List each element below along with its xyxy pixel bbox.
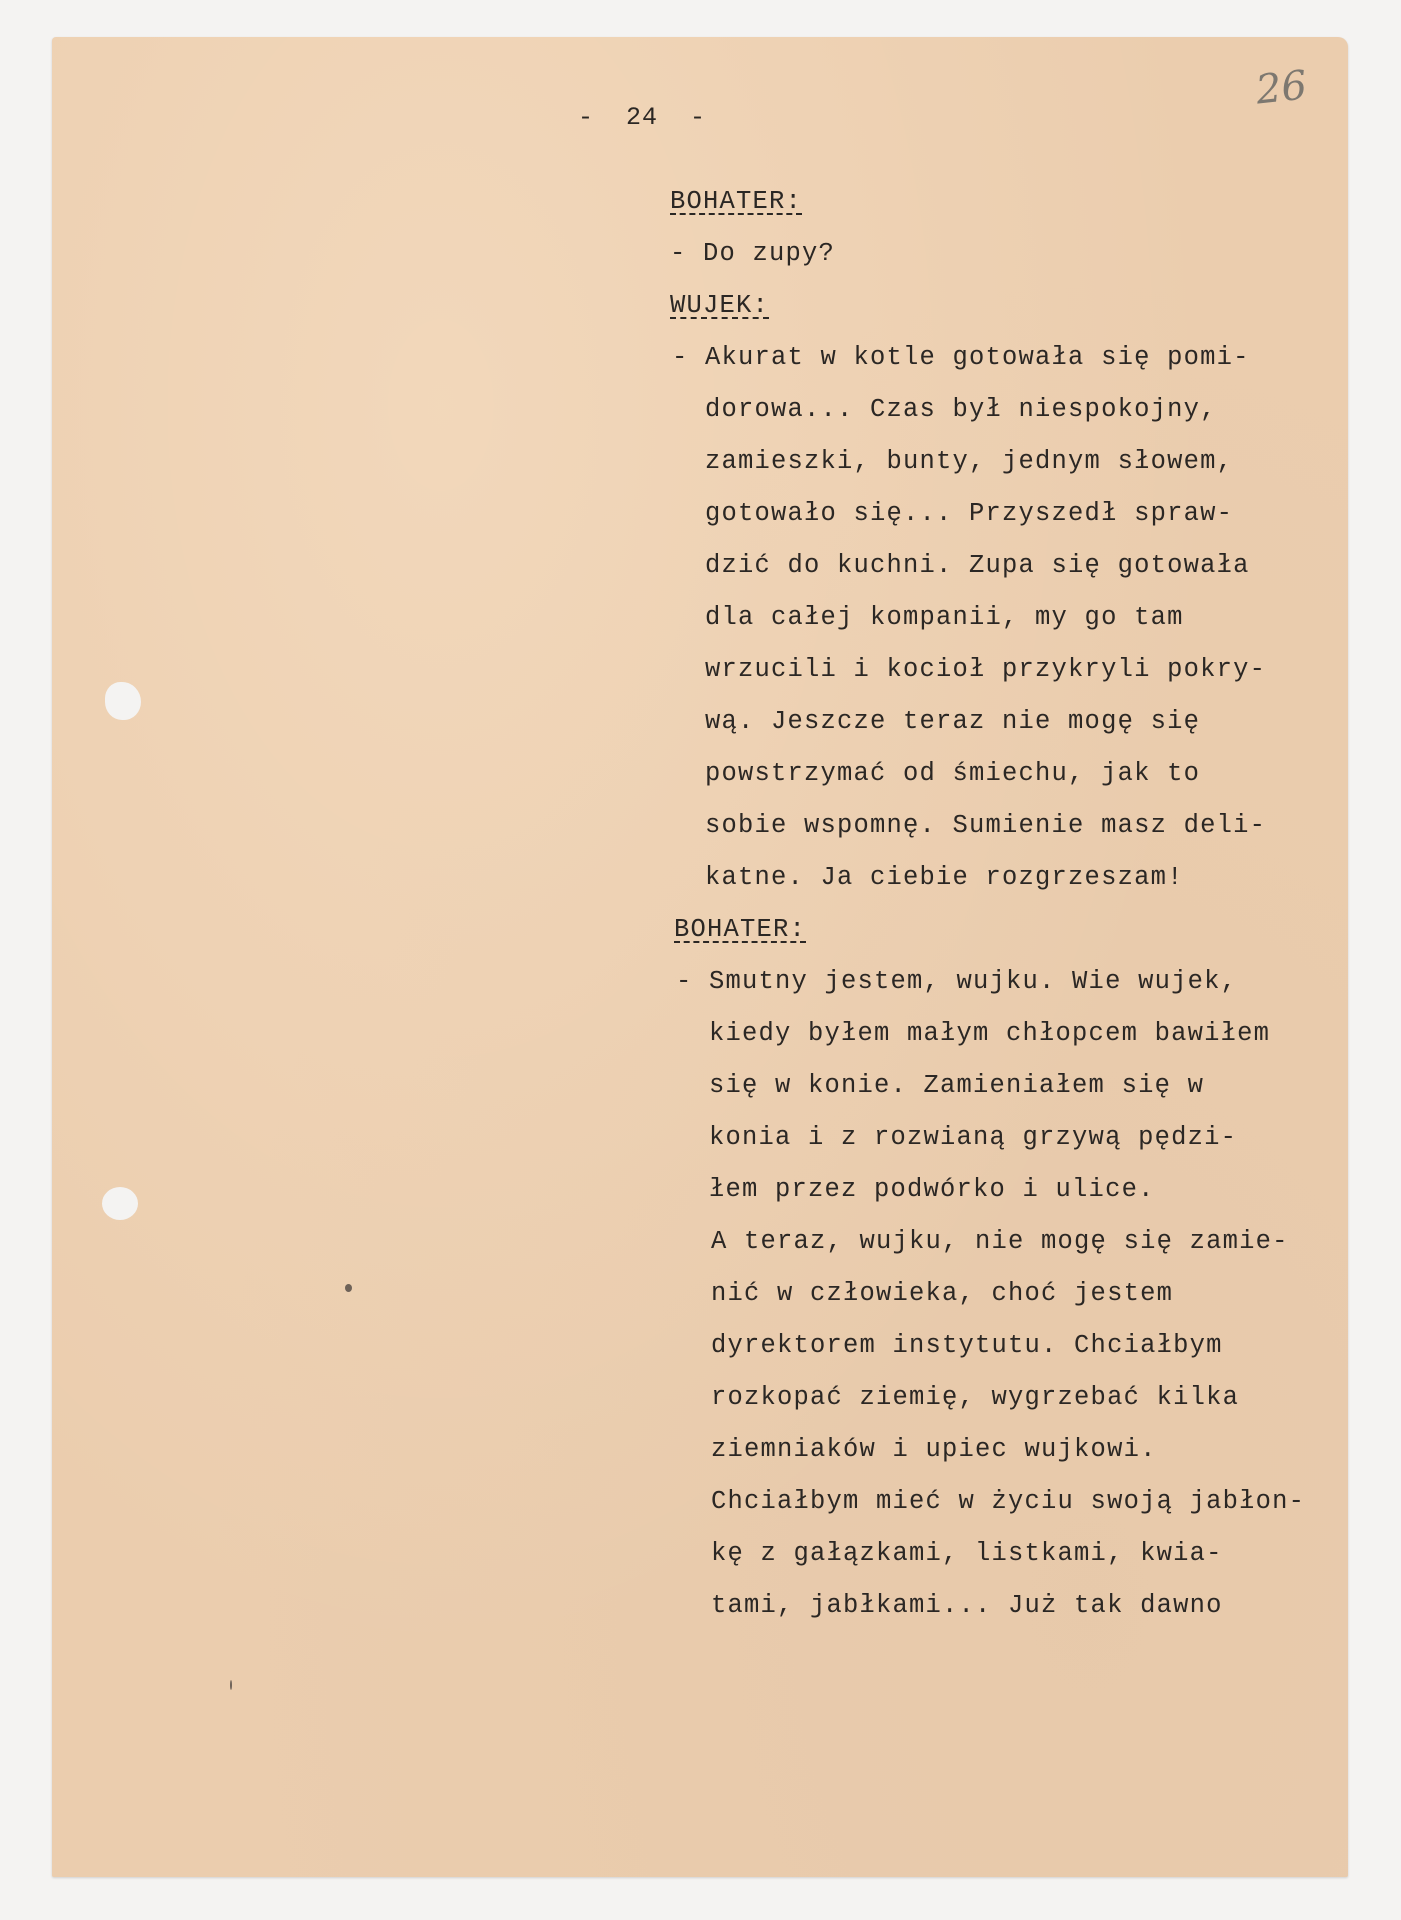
dialogue-line: - Smutny jestem, wujku. Wie wujek, (676, 967, 1237, 997)
typewritten-page: - 24 - 26 BOHATER: - Do zupy? WUJEK: - A… (52, 37, 1348, 1877)
dialogue-line: - Akurat w kotle gotowała się pomi- (672, 343, 1250, 373)
speaker-label: BOHATER: (670, 187, 802, 217)
ink-speck (345, 1284, 352, 1292)
dialogue-line: dzić do kuchni. Zupa się gotowała (672, 551, 1250, 581)
dialogue-line: dla całej kompanii, my go tam (672, 603, 1184, 633)
dialogue-line: katne. Ja ciebie rozgrzeszam! (672, 863, 1184, 893)
dialogue-line: tami, jabłkami... Już tak dawno (678, 1591, 1223, 1621)
punch-hole-bottom (102, 1187, 138, 1220)
dialogue-line: kiedy byłem małym chłopcem bawiłem (676, 1019, 1270, 1049)
page-number: - 24 - (578, 103, 706, 132)
speaker-label: WUJEK: (670, 291, 769, 321)
ink-speck (230, 1680, 232, 1690)
dialogue-line: się w konie. Zamieniałem się w (676, 1071, 1204, 1101)
dialogue-line: - Do zupy? (670, 239, 835, 269)
dialogue-line: łem przez podwórko i ulice. (676, 1175, 1155, 1205)
dialogue-line: dyrektorem instytutu. Chciałbym (678, 1331, 1223, 1361)
dialogue-line: gotowało się... Przyszedł spraw- (672, 499, 1233, 529)
dialogue-line: wą. Jeszcze teraz nie mogę się (672, 707, 1200, 737)
dialogue-line: kę z gałązkami, listkami, kwia- (678, 1539, 1223, 1569)
speaker-label: BOHATER: (674, 915, 806, 945)
dialogue-line: konia i z rozwianą grzywą pędzi- (676, 1123, 1237, 1153)
dialogue-line: nić w człowieka, choć jestem (678, 1279, 1173, 1309)
dialogue-line: powstrzymać od śmiechu, jak to (672, 759, 1200, 789)
dialogue-line: A teraz, wujku, nie mogę się zamie- (678, 1227, 1289, 1257)
dialogue-line: wrzucili i kocioł przykryli pokry- (672, 655, 1266, 685)
dialogue-line: zamieszki, bunty, jednym słowem, (672, 447, 1233, 477)
dialogue-line: dorowa... Czas był niespokojny, (672, 395, 1217, 425)
dialogue-line: Chciałbym mieć w życiu swoją jabłon- (678, 1487, 1305, 1517)
dialogue-line: ziemniaków i upiec wujkowi. (678, 1435, 1157, 1465)
punch-hole-top (105, 682, 141, 720)
handwritten-archive-number: 26 (1254, 62, 1309, 113)
dialogue-line: rozkopać ziemię, wygrzebać kilka (678, 1383, 1239, 1413)
dialogue-line: sobie wspomnę. Sumienie masz deli- (672, 811, 1266, 841)
